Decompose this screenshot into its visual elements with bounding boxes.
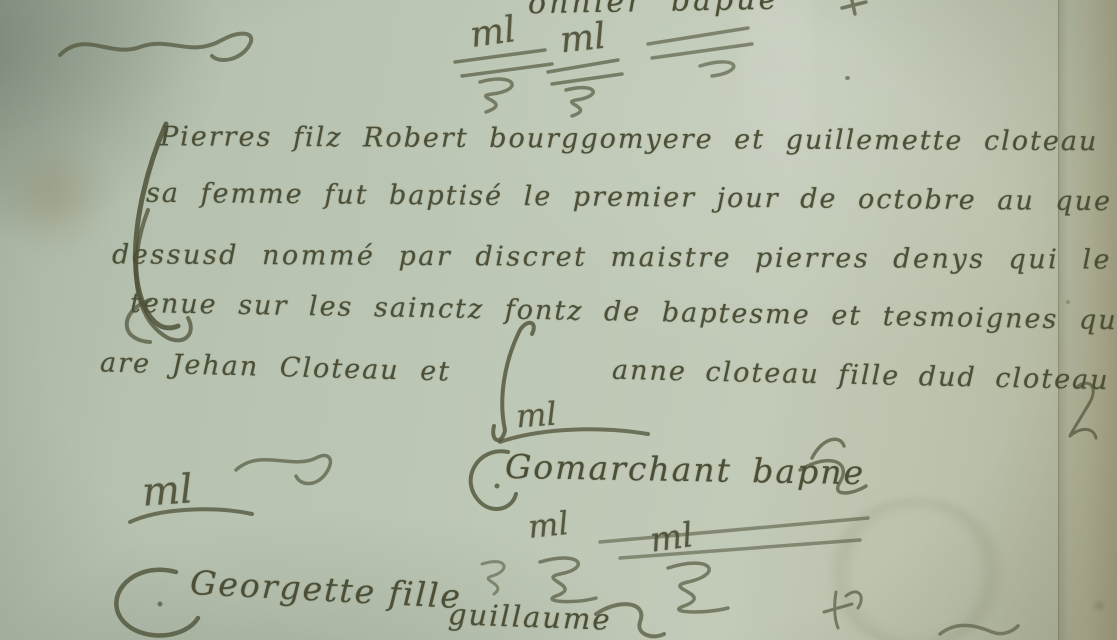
bottom-initial-dot [158,602,163,607]
paraph-underline-mid-left [130,509,252,522]
flourish-zigzag-mid-a [540,558,596,602]
flourish-zigzag-top-a [455,50,552,112]
flourish-after-guillaume [596,604,664,636]
heading-initial-swash [471,451,516,509]
heading-initial-dot [495,484,500,489]
bottom-right-mark [824,592,861,628]
flourish-squiggle-top-left [60,34,251,60]
flourish-tilde-mid-left [236,456,330,484]
bottom-right-squiggle [940,625,1018,634]
heading-tail-flourish [800,439,866,493]
tall-flourish-line5 [493,323,534,440]
flourish-zigzag-top-c [648,28,752,76]
manuscript-page-photo: onnier bapue ml ml Pierres filz Robert b… [0,0,1117,640]
initial-bracket-inner-loop [136,210,191,340]
flourish-lines-mid [600,518,868,558]
flourish-zigzag-mid-c [482,562,504,594]
flourish-cross-top [842,0,866,14]
bottom-initial-swash [116,570,198,636]
flourish-overlay [0,0,1117,640]
paraph-underline-record [500,429,648,442]
margin-paraph-record-end [1070,383,1096,438]
flourish-zigzag-top-b [548,60,622,116]
flourish-zigzag-mid-b [668,563,728,612]
